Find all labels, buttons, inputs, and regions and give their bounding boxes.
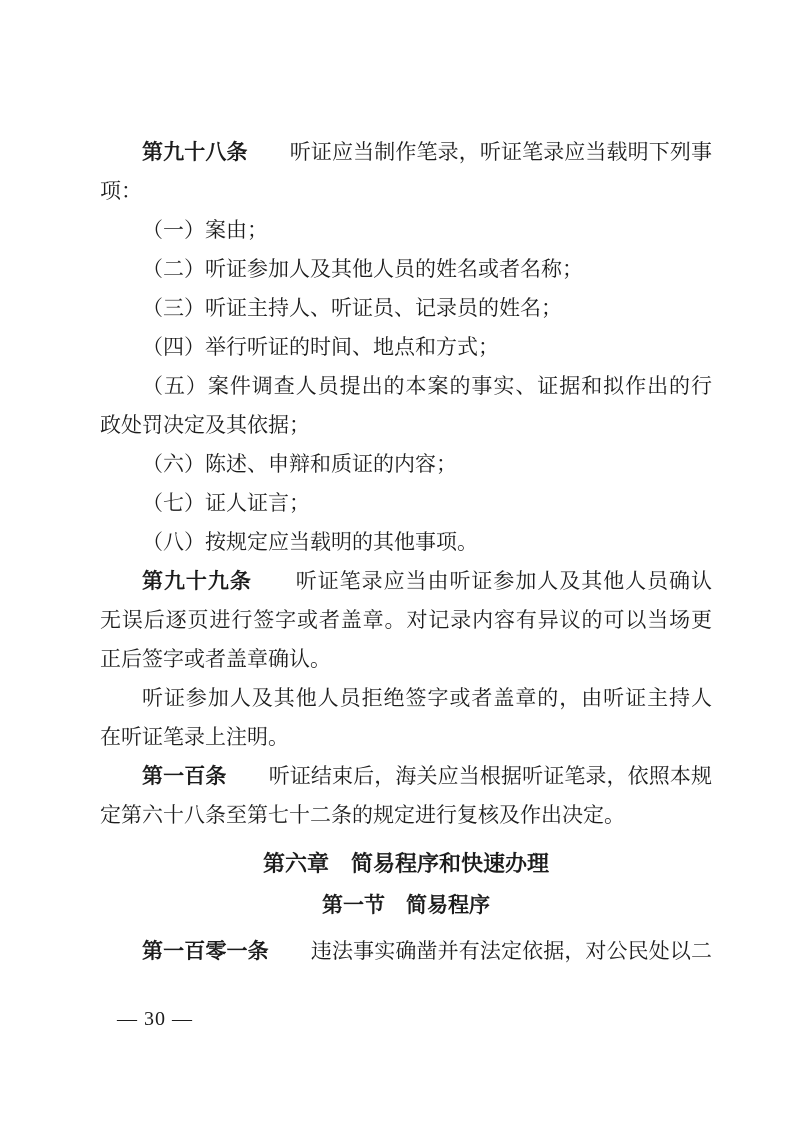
section-heading: 第一节 简易程序 — [100, 886, 712, 925]
text-run: （六）陈述、申辩和质证的内容； — [142, 452, 457, 476]
article-number: 第一百零一条 — [142, 939, 269, 963]
text-line: （八）按规定应当载明的其他事项。 — [100, 523, 712, 562]
article-number: 第六章 简易程序和快速办理 — [263, 851, 549, 876]
text-run: （八）按规定应当载明的其他事项。 — [142, 530, 478, 554]
document-page: 第九十八条 听证应当制作笔录，听证笔录应当载明下列事项：（一）案由；（二）听证参… — [0, 0, 800, 1132]
text-run: 听证结束后，海关应当根据听证笔录，依照本规 — [226, 764, 712, 788]
text-line: （一）案由； — [100, 211, 712, 250]
text-line: （六）陈述、申辩和质证的内容； — [100, 445, 712, 484]
text-line: （七）证人证言； — [100, 484, 712, 523]
article-number: 第一节 简易程序 — [322, 893, 490, 917]
text-run: （七）证人证言； — [142, 491, 310, 515]
text-run: 政处罚决定及其依据； — [100, 413, 310, 437]
text-run: 听证参加人及其他人员拒绝签字或者盖章的，由听证主持人 — [142, 686, 712, 710]
text-line: （五）案件调查人员提出的本案的事实、证据和拟作出的行 — [100, 367, 712, 406]
text-line: （四）举行听证的时间、地点和方式； — [100, 328, 712, 367]
text-line: （三）听证主持人、听证员、记录员的姓名； — [100, 289, 712, 328]
text-run: 定第六十八条至第七十二条的规定进行复核及作出决定。 — [100, 803, 625, 827]
text-line: 第九十九条 听证笔录应当由听证参加人及其他人员确认 — [100, 562, 712, 601]
text-run: 违法事实确凿并有法定依据，对公民处以二 — [269, 939, 712, 963]
text-line: 听证参加人及其他人员拒绝签字或者盖章的，由听证主持人 — [100, 679, 712, 718]
text-line: 第九十八条 听证应当制作笔录，听证笔录应当载明下列事 — [100, 133, 712, 172]
text-run: （一）案由； — [142, 218, 268, 242]
text-line: 政处罚决定及其依据； — [100, 406, 712, 445]
text-run: 听证应当制作笔录，听证笔录应当载明下列事 — [248, 140, 712, 164]
text-run: 正后签字或者盖章确认。 — [100, 647, 331, 671]
text-block: 第九十八条 听证应当制作笔录，听证笔录应当载明下列事项：（一）案由；（二）听证参… — [100, 133, 712, 971]
text-line: 定第六十八条至第七十二条的规定进行复核及作出决定。 — [100, 796, 712, 835]
text-line: 项： — [100, 172, 712, 211]
text-run: 听证笔录应当由听证参加人及其他人员确认 — [252, 569, 712, 593]
text-line: 在听证笔录上注明。 — [100, 718, 712, 757]
text-run: 无误后逐页进行签字或者盖章。对记录内容有异议的可以当场更 — [100, 608, 712, 632]
text-line: 无误后逐页进行签字或者盖章。对记录内容有异议的可以当场更 — [100, 601, 712, 640]
page-number: — 30 — — [117, 1008, 193, 1031]
text-run: （四）举行听证的时间、地点和方式； — [142, 335, 499, 359]
text-line: （二）听证参加人及其他人员的姓名或者名称； — [100, 250, 712, 289]
text-line: 正后签字或者盖章确认。 — [100, 640, 712, 679]
text-run: （二）听证参加人及其他人员的姓名或者名称； — [142, 257, 583, 281]
text-run: 项： — [100, 179, 142, 203]
article-number: 第九十九条 — [142, 569, 252, 593]
text-line: 第一百零一条 违法事实确凿并有法定依据，对公民处以二 — [100, 932, 712, 971]
text-run: 在听证笔录上注明。 — [100, 725, 289, 749]
text-run: （三）听证主持人、听证员、记录员的姓名； — [142, 296, 562, 320]
article-number: 第九十八条 — [142, 140, 248, 164]
chapter-heading: 第六章 简易程序和快速办理 — [100, 844, 712, 883]
text-run: （五）案件调查人员提出的本案的事实、证据和拟作出的行 — [142, 374, 712, 398]
article-number: 第一百条 — [142, 764, 226, 788]
text-line: 第一百条 听证结束后，海关应当根据听证笔录，依照本规 — [100, 757, 712, 796]
